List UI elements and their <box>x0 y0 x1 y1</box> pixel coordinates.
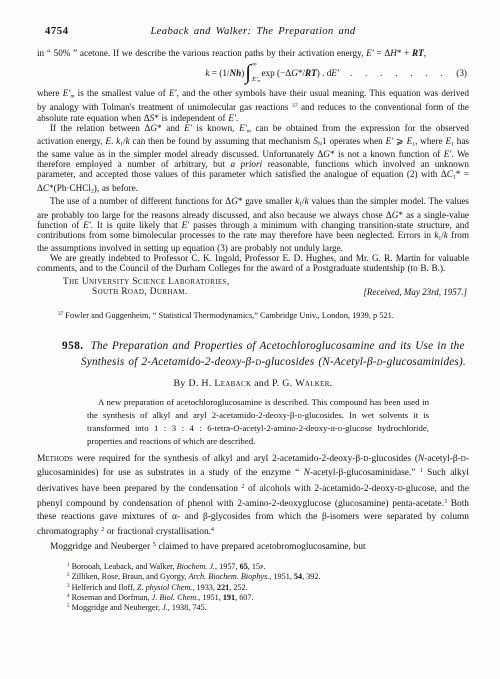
text-run: E′ <box>239 123 247 133</box>
text-run: . It is quite likely that <box>91 220 182 230</box>
text-run: 65 <box>240 562 248 571</box>
byline: By D. H. Leaback and P. G. Walker. <box>37 378 469 389</box>
integral-sign: ∫ <box>245 62 251 83</box>
article-title: 958.The Preparation and Properties of Ac… <box>37 338 469 371</box>
text-run: Walker <box>295 378 329 389</box>
text-run: , 1951, <box>198 593 223 602</box>
text-run: -acetyl-β-glucosaminidase.” <box>310 469 420 479</box>
text-run: E′ <box>169 88 177 98</box>
text-run: . <box>236 113 238 123</box>
equation-3: k = (1/Nh) ∫ ∞ E′m exp (−ΔG*/RT) . dE′ .… <box>37 59 469 86</box>
text-run: E′ <box>83 220 91 230</box>
page-number: 4754 <box>45 26 69 37</box>
text-run: Nh <box>229 68 241 78</box>
text-run: E′ <box>184 123 192 133</box>
text-run: G <box>323 149 330 159</box>
text-run: . <box>263 562 265 571</box>
text-run: Leaback <box>214 378 251 389</box>
text-run: is known, <box>192 123 239 133</box>
integral: ∫ ∞ E′m <box>245 61 260 85</box>
text-run: Borooah, Leaback, and Walker, <box>70 562 177 571</box>
text-run: E′ <box>366 48 374 58</box>
text-run: By D. H. <box>174 378 215 389</box>
text-run: If the relation between Δ <box>50 123 150 133</box>
text-run: , 1951, <box>269 572 294 581</box>
text-run: were required for the synthesis of alkyl… <box>73 454 363 464</box>
text-run: claimed to have prepared acetobromogluco… <box>156 542 366 552</box>
paragraph-moggridge: Moggridge and Neuberger 5 claimed to hav… <box>37 539 469 554</box>
text-run: -glucosides ( <box>368 454 418 464</box>
text-run: * + <box>397 48 412 58</box>
text-run: Helferich and Iloff, <box>70 582 137 591</box>
equation-body: k = (1/Nh) ∫ ∞ E′m exp (−ΔG*/RT) . dE′ <box>205 61 339 85</box>
text-run: * and <box>157 123 184 133</box>
text-run: 1 operates when <box>322 136 386 146</box>
text-run: in “ 50% ” acetone. If we describe the v… <box>37 48 366 58</box>
text-run: ), as before. <box>94 183 138 193</box>
text-run: , 1957, <box>215 562 240 571</box>
text-run: , 252. <box>229 582 247 591</box>
text-run: -acetyl-β- <box>424 454 461 464</box>
text-run: exp (−Δ <box>261 68 291 78</box>
text-run: J. Biol. Chem. <box>152 593 199 602</box>
text-run: *(Ph·CHCl <box>49 183 91 193</box>
text-run: a priori <box>230 159 262 169</box>
text-run: 191 <box>223 593 235 602</box>
text-run: E′ <box>228 113 236 123</box>
text-run: Moggridge and Neuberger, <box>70 603 163 612</box>
text-run: , where <box>415 136 445 146</box>
paragraph-acknowledgement: We are greatly indebted to Professor C. … <box>37 253 469 273</box>
text-run: * is independent of <box>154 113 228 123</box>
text-run: ethods <box>45 454 73 464</box>
integral-lower-limit: E′m <box>252 76 260 84</box>
text-run: ) <box>241 68 244 78</box>
article-number: 958. <box>62 340 84 352</box>
paragraph-relation: If the relation between ΔG* and E′ is kn… <box>37 123 469 197</box>
address-line-1: The University Science Laboratories, <box>63 277 469 287</box>
signature-block: The University Science Laboratories, Sou… <box>37 277 469 298</box>
journal-page: 4754 Leaback and Walker: The Preparation… <box>0 0 500 679</box>
text-run: Roseman and Dorfman, <box>70 593 152 602</box>
text-run: m <box>258 79 261 84</box>
equation-number: (3) <box>456 68 467 78</box>
text-run: RT <box>412 48 424 58</box>
text-run: -glucosides (N-Acetyl-β- <box>261 356 376 368</box>
text-run: -acetyl-2-amino-2-deoxy-α- <box>239 423 337 433</box>
paragraph-activation-energy: in “ 50% ” acetone. If we describe the v… <box>37 48 469 58</box>
text-run: Z. physiol Chem. <box>137 582 193 591</box>
text-run: , 15 <box>248 562 260 571</box>
article-title-text: The Preparation and Properties of Acetoc… <box>81 340 466 368</box>
footnote-4: 4 Roseman and Dorfman, J. Biol. Chem., 1… <box>67 592 469 602</box>
text-run: can then be found by assuming that mecha… <box>130 136 314 146</box>
footnote-3: 3 Helferich and Iloff, Z. physiol Chem.,… <box>67 582 469 592</box>
text-run: where <box>37 88 63 98</box>
abstract: A new preparation of acetochloroglucosam… <box>87 396 429 449</box>
text-run: , 1938, 745. <box>168 603 207 612</box>
text-run: H <box>390 48 397 58</box>
integral-limits: ∞ E′m <box>252 61 260 85</box>
text-run: = (1/ <box>209 68 229 78</box>
text-run: We are greatly indebted to Professor C. … <box>37 253 469 273</box>
text-run: G <box>291 68 298 78</box>
text-run: ⩾ <box>393 136 406 146</box>
text-run: Fowler and Guggenheim, “ Statistical The… <box>63 311 394 320</box>
footnotes-block: 1 Borooah, Leaback, and Walker, Biochem.… <box>67 561 469 612</box>
text-run: Moggridge and Neuberger <box>50 542 153 552</box>
text-run: Arch. Biochem. Biophys. <box>188 572 269 581</box>
text-run: , 607. <box>235 593 253 602</box>
running-title: Leaback and Walker: The Preparation and <box>37 26 469 37</box>
footnote-1: 1 Borooah, Leaback, and Walker, Biochem.… <box>67 561 469 571</box>
text-run: E′ <box>331 68 339 78</box>
text-run: 4 <box>211 527 214 533</box>
text-run: G <box>231 196 238 206</box>
text-run: -glucosaminides). <box>383 356 466 368</box>
footnote-37: 37 Fowler and Guggenheim, “ Statistical … <box>37 309 469 321</box>
text-run: of alcohols with 2-acetamido-2-deoxy- <box>244 484 397 494</box>
paragraph-where-symbols: where E′m is the smallest value of E′, a… <box>37 88 469 123</box>
equation-lhs: k = (1/Nh) <box>205 68 244 78</box>
text-run: */ <box>298 68 305 78</box>
received-date: [Received, May 23rd, 1957.] <box>363 287 467 297</box>
text-run: RT <box>305 68 317 78</box>
paragraph-methods: Methods were required for the synthesis … <box>37 453 469 539</box>
text-run: * is not a known function of <box>330 149 444 159</box>
text-run: 221 <box>217 582 229 591</box>
text-run: 54 <box>294 572 302 581</box>
text-run: Zilliken, Rose, Braun, and Gyorgy, <box>70 572 189 581</box>
text-run: The use of a number of different functio… <box>50 196 231 206</box>
footnote-5: 5 Moggridge and Neuberger, J., 1938, 745… <box>67 602 469 612</box>
equation-rhs: exp (−ΔG*/RT) . dE′ <box>261 68 338 78</box>
text-run: ) . d <box>317 68 332 78</box>
text-run: . <box>330 378 333 389</box>
equation-leader-dots: . . . . . . . <box>350 68 443 78</box>
text-run: , 392. <box>302 572 320 581</box>
text-run: and P. G. <box>251 378 295 389</box>
text-run: or fractional crystallisation. <box>104 527 211 537</box>
text-run: * gave smaller <box>238 196 295 206</box>
text-run: is the smallest value of <box>74 88 169 98</box>
footnote-2: 2 Zilliken, Rose, Braun, and Gyorgy, Arc… <box>67 571 469 581</box>
running-head: 4754 Leaback and Walker: The Preparation… <box>37 26 469 39</box>
integral-upper-limit: ∞ <box>252 61 257 68</box>
paragraph-functions: The use of a number of different functio… <box>37 196 469 253</box>
text-run: , <box>424 48 426 58</box>
text-run: , 1933, <box>192 582 217 591</box>
text-run: Biochem. J. <box>177 562 215 571</box>
text-run: = Δ <box>374 48 390 58</box>
